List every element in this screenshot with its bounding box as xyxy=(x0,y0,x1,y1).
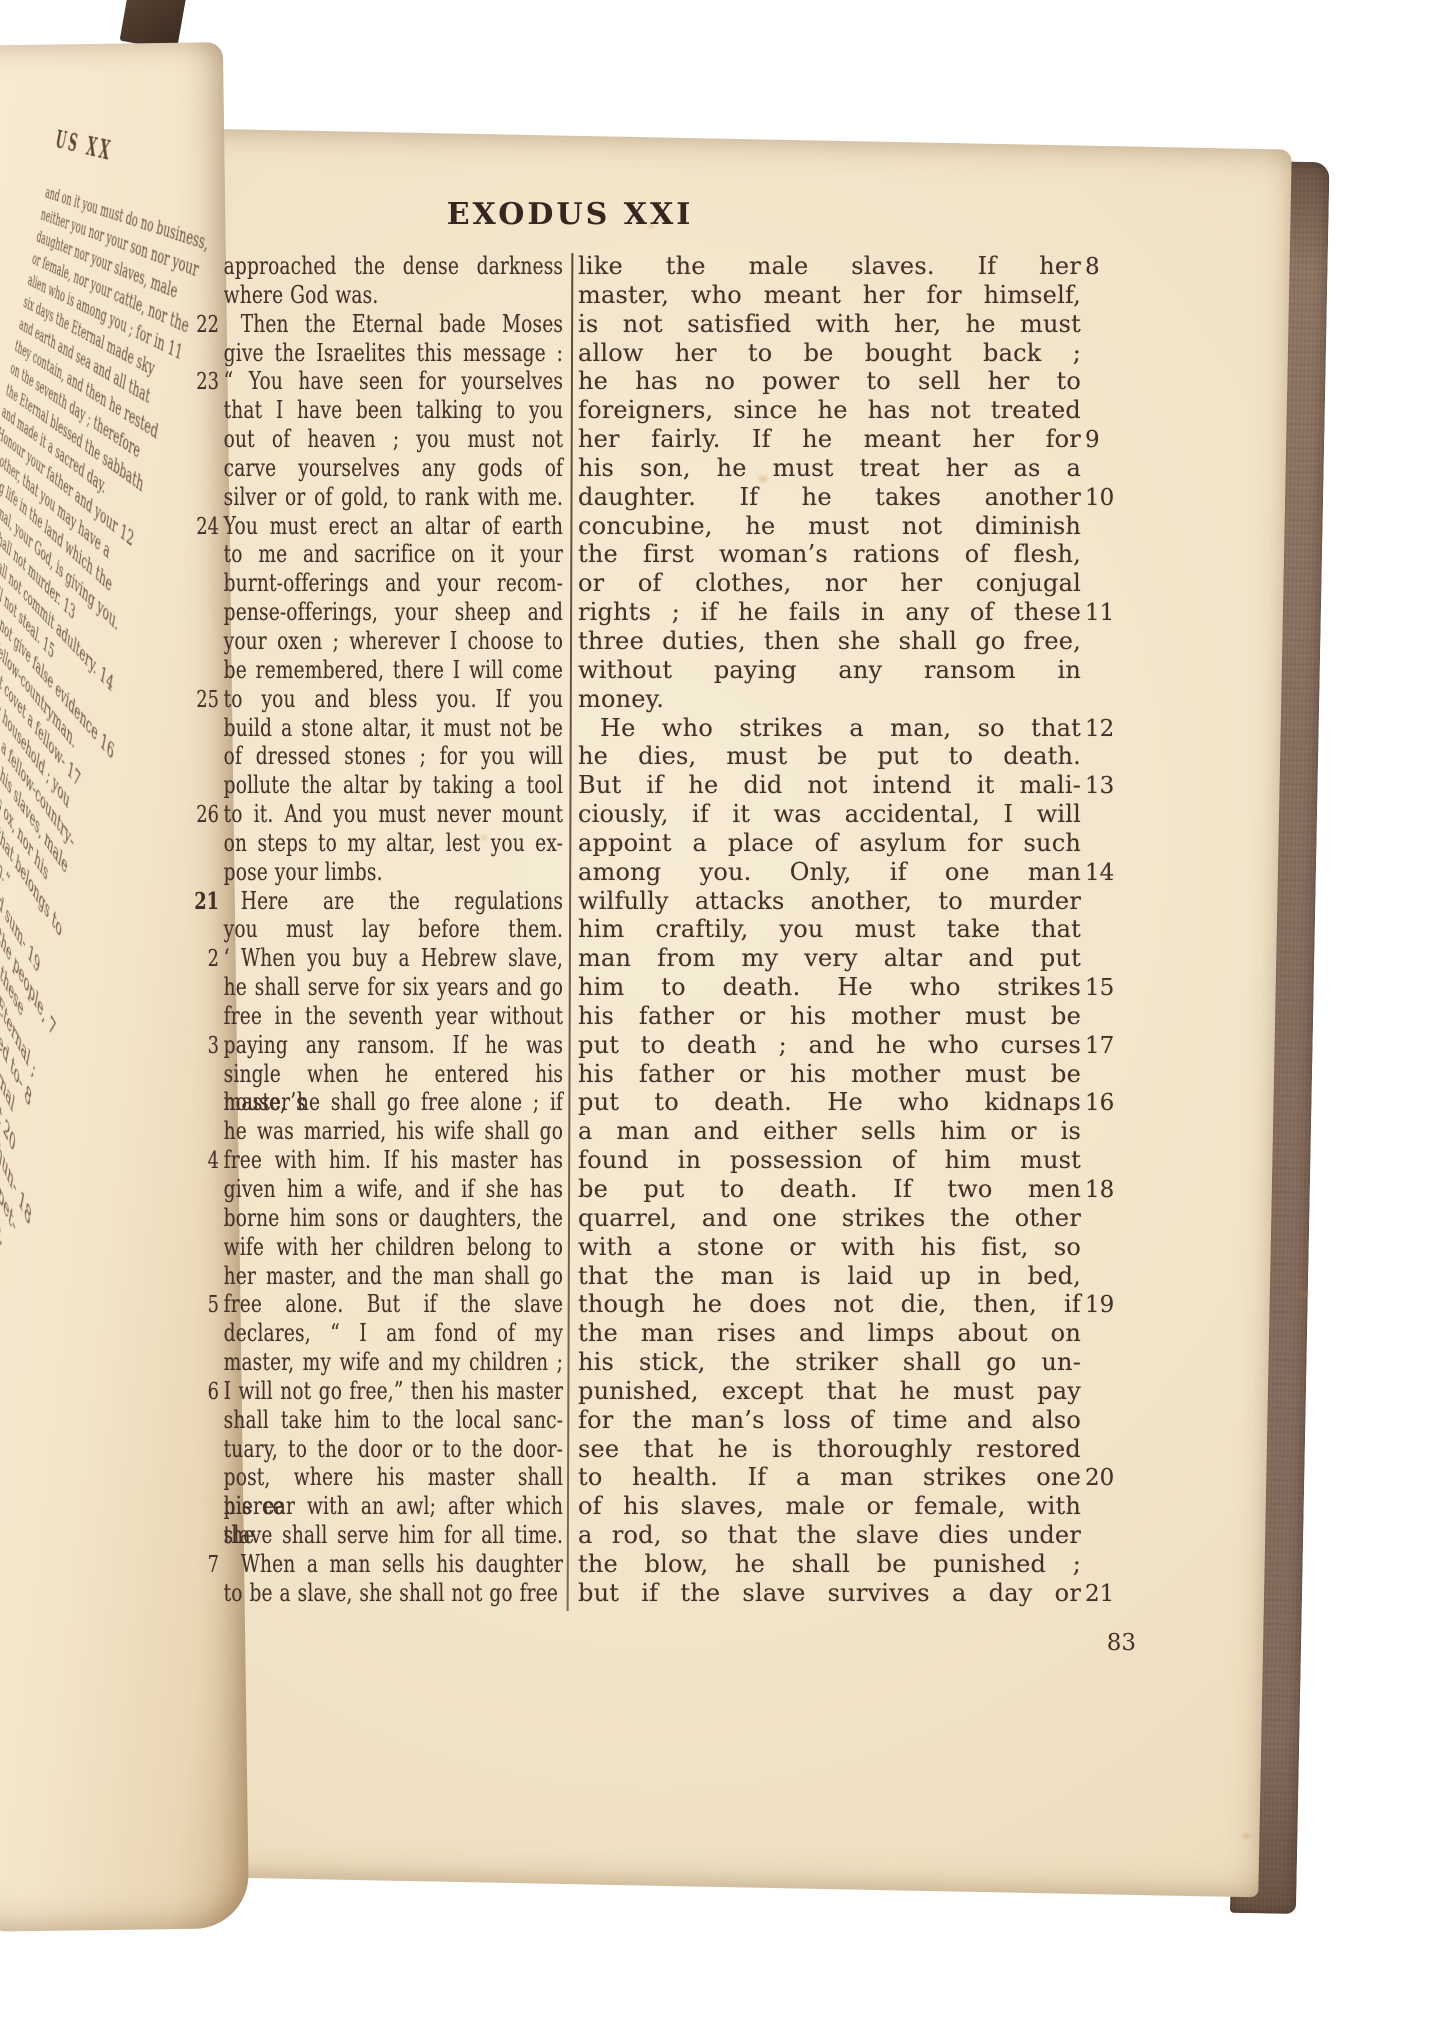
verse-number: 10 xyxy=(1085,484,1131,513)
text-line: 25 to you and bless you. If you xyxy=(188,685,563,714)
text-line: on steps to my altar, lest you ex- xyxy=(188,829,563,858)
line-text: his father or his mother must be xyxy=(578,1060,1081,1089)
line-text: that I have been talking to you xyxy=(224,396,563,425)
text-line: that the man is laid up in bed, xyxy=(578,1262,1131,1291)
line-text: be put to death. If two men xyxy=(578,1175,1081,1204)
verse-number: 3 xyxy=(188,1032,219,1061)
line-text: house, he shall go free alone ; if xyxy=(224,1088,563,1117)
line-text: free alone. But if the slave xyxy=(224,1290,563,1319)
line-text: put to death. He who kidnaps xyxy=(578,1088,1081,1117)
text-line: for the man’s loss of time and also xyxy=(578,1406,1131,1435)
verse-number: 17 xyxy=(1085,1032,1131,1061)
line-text: silver or of gold, to rank with me. xyxy=(224,483,563,512)
text-line: pose your limbs. xyxy=(188,858,563,887)
right-page-content: EXODUS XXI approached the dense darkness… xyxy=(0,0,1445,2023)
verse-number: 7 xyxy=(188,1551,219,1580)
text-line: ciously, if it was accidental, I will xyxy=(578,800,1131,829)
text-line: foreigners, since he has not treated xyxy=(578,396,1131,425)
verse-number: 21 xyxy=(1085,1580,1131,1609)
line-text: of his slaves, male or female, with xyxy=(578,1492,1081,1521)
line-text: foreigners, since he has not treated xyxy=(578,396,1081,425)
line-text: found in possession of him must xyxy=(578,1146,1081,1175)
line-text: tuary, to the door or to the door- xyxy=(224,1435,563,1464)
line-text: he has no power to sell her to xyxy=(578,367,1081,396)
text-line: 17 put to death ; and he who curses xyxy=(578,1031,1131,1060)
text-line: punished, except that he must pay xyxy=(578,1377,1131,1406)
text-line: to be a slave, she shall not go free xyxy=(188,1579,563,1608)
text-line: given him a wife, and if she has xyxy=(188,1175,563,1204)
line-text: him to death. He who strikes xyxy=(578,973,1081,1002)
line-text: wife with her children belong to xyxy=(224,1233,563,1262)
text-line: tuary, to the door or to the door- xyxy=(188,1435,563,1464)
line-text: ciously, if it was accidental, I will xyxy=(578,800,1081,829)
line-text: quarrel, and one strikes the other xyxy=(578,1204,1081,1233)
line-text: her fairly. If he meant her for xyxy=(578,425,1081,454)
line-text: the first woman’s rations of flesh, xyxy=(578,540,1081,569)
verse-number: 16 xyxy=(1085,1089,1131,1118)
line-text: without paying any ransom in xyxy=(578,656,1081,685)
line-text: carve yourselves any gods of xyxy=(224,454,563,483)
photo-background: US XX and on it you must do no business,… xyxy=(0,0,1445,2023)
line-text: appoint a place of asylum for such xyxy=(578,829,1081,858)
text-line: house, he shall go free alone ; if xyxy=(188,1088,563,1117)
line-text: wilfully attacks another, to murder xyxy=(578,887,1081,916)
line-text: slave shall serve him for all time. xyxy=(224,1521,563,1550)
text-line: 8 like the male slaves. If her xyxy=(578,252,1131,281)
text-line: pense-offerings, your sheep and xyxy=(188,598,563,627)
text-line: he was married, his wife shall go xyxy=(188,1117,563,1146)
text-line: out of heaven ; you must not xyxy=(188,425,563,454)
line-text: him craftily, you must take that xyxy=(578,915,1081,944)
text-line: 23 “ You have seen for yourselves xyxy=(188,367,563,396)
verse-number: 11 xyxy=(1085,599,1131,628)
text-line: shall take him to the local sanc- xyxy=(188,1406,563,1435)
line-text: master, my wife and my children ; xyxy=(224,1348,563,1377)
line-text: on steps to my altar, lest you ex- xyxy=(224,829,563,858)
line-text: to you and bless you. If you xyxy=(224,685,563,714)
text-line: 7 When a man sells his daughter xyxy=(188,1550,563,1579)
text-line: he has no power to sell her to xyxy=(578,367,1131,396)
verse-number: 6 xyxy=(188,1378,219,1407)
text-line: 16 put to death. He who kidnaps xyxy=(578,1088,1131,1117)
text-line: the blow, he shall be punished ; xyxy=(578,1550,1131,1579)
text-line: his stick, the striker shall go un- xyxy=(578,1348,1131,1377)
text-line: of his slaves, male or female, with xyxy=(578,1492,1131,1521)
line-text: allow her to be bought back ; xyxy=(578,339,1081,368)
text-line: wilfully attacks another, to murder xyxy=(578,887,1131,916)
text-line: 10 daughter. If he takes another xyxy=(578,483,1131,512)
text-line: with a stone or with his fist, so xyxy=(578,1233,1131,1262)
line-text: You must erect an altar of earth xyxy=(224,512,563,541)
text-line: a man and either sells him or is xyxy=(578,1117,1131,1146)
verse-number: 20 xyxy=(1085,1464,1131,1493)
text-line: single when he entered his master’s xyxy=(188,1060,563,1089)
text-line: appoint a place of asylum for such xyxy=(578,829,1131,858)
text-line: silver or of gold, to rank with me. xyxy=(188,483,563,512)
line-text: Here are the regulations xyxy=(224,887,563,916)
line-text: or of clothes, nor her conjugal xyxy=(578,569,1081,598)
text-line: the first woman’s rations of flesh, xyxy=(578,540,1131,569)
text-line: or of clothes, nor her conjugal xyxy=(578,569,1131,598)
verse-number: 26 xyxy=(188,801,219,830)
line-text: her master, and the man shall go xyxy=(224,1262,563,1291)
text-line: 18 be put to death. If two men xyxy=(578,1175,1131,1204)
text-line: be remembered, there I will come xyxy=(188,656,563,685)
text-line: found in possession of him must xyxy=(578,1146,1131,1175)
line-text: ‘ When you buy a Hebrew slave, xyxy=(224,944,563,973)
verse-number: 2 xyxy=(188,945,219,974)
line-text: He who strikes a man, so that xyxy=(578,714,1081,743)
line-text: the man rises and limps about on xyxy=(578,1319,1081,1348)
text-line: 20 to health. If a man strikes one xyxy=(578,1463,1131,1492)
line-text: master, who meant her for himself, xyxy=(578,281,1081,310)
text-line: 3 paying any ransom. If he was xyxy=(188,1031,563,1060)
line-text: he shall serve for six years and go xyxy=(224,973,563,1002)
line-text: to be a slave, she shall not go free xyxy=(224,1579,563,1608)
column-divider xyxy=(567,253,574,1611)
line-text: to it. And you must never mount xyxy=(224,800,563,829)
text-line: her master, and the man shall go xyxy=(188,1262,563,1291)
line-text: rights ; if he fails in any of these xyxy=(578,598,1081,627)
line-text: build a stone altar, it must not be xyxy=(224,714,563,743)
text-line: give the Israelites this message : xyxy=(188,339,563,368)
text-line: master, who meant her for himself, xyxy=(578,281,1131,310)
text-line: 2 ‘ When you buy a Hebrew slave, xyxy=(188,944,563,973)
verse-number: 9 xyxy=(1085,426,1131,455)
line-text: see that he is thoroughly restored xyxy=(578,1435,1081,1464)
verse-number: 22 xyxy=(188,311,219,340)
line-text: pense-offerings, your sheep and xyxy=(224,598,563,627)
verse-number: 14 xyxy=(1085,859,1131,888)
line-text: his father or his mother must be xyxy=(578,1002,1081,1031)
line-text: free with him. If his master has xyxy=(224,1146,563,1175)
text-line: a rod, so that the slave dies under xyxy=(578,1521,1131,1550)
line-text: punished, except that he must pay xyxy=(578,1377,1081,1406)
line-text: be remembered, there I will come xyxy=(224,656,563,685)
text-line: wife with her children belong to xyxy=(188,1233,563,1262)
line-text: I will not go free,” then his master xyxy=(224,1377,563,1406)
right-column: 8 like the male slaves. If her master, w… xyxy=(578,252,1131,1608)
line-text: but if the slave survives a day or xyxy=(578,1579,1081,1608)
line-text: pollute the altar by taking a tool xyxy=(224,771,563,800)
text-line: 5 free alone. But if the slave xyxy=(188,1290,563,1319)
text-line: your oxen ; wherever I choose to xyxy=(188,627,563,656)
text-line: 13 But if he did not intend it mali- xyxy=(578,771,1131,800)
line-text: borne him sons or daughters, the xyxy=(224,1204,563,1233)
verse-number: 21 xyxy=(188,888,219,917)
line-text: put to death ; and he who curses xyxy=(578,1031,1081,1060)
text-line: see that he is thoroughly restored xyxy=(578,1435,1131,1464)
line-text: your oxen ; wherever I choose to xyxy=(224,627,563,656)
verse-number: 18 xyxy=(1085,1176,1131,1205)
text-line: 19 though he does not die, then, if xyxy=(578,1290,1131,1319)
verse-number: 23 xyxy=(188,368,219,397)
line-text: Then the Eternal bade Moses xyxy=(224,310,563,339)
text-line: of dressed stones ; for you will xyxy=(188,742,563,771)
line-text: to health. If a man strikes one xyxy=(578,1463,1081,1492)
line-text: he was married, his wife shall go xyxy=(224,1117,563,1146)
text-line: 21 but if the slave survives a day or xyxy=(578,1579,1131,1608)
line-text: man from my very altar and put xyxy=(578,944,1081,973)
text-line: three duties, then she shall go free, xyxy=(578,627,1131,656)
text-line: 11 rights ; if he fails in any of these xyxy=(578,598,1131,627)
page-number: 83 xyxy=(1080,1630,1136,1656)
line-text: give the Israelites this message : xyxy=(224,339,563,368)
line-text: But if he did not intend it mali- xyxy=(578,771,1081,800)
verse-number: 12 xyxy=(1085,715,1131,744)
line-text: though he does not die, then, if xyxy=(578,1290,1081,1319)
text-line: 9 her fairly. If he meant her for xyxy=(578,425,1131,454)
line-text: is not satisfied with her, he must xyxy=(578,310,1081,339)
text-line: his father or his mother must be xyxy=(578,1002,1131,1031)
line-text: pose your limbs. xyxy=(224,858,563,887)
text-line: that I have been talking to you xyxy=(188,396,563,425)
text-line: borne him sons or daughters, the xyxy=(188,1204,563,1233)
line-text: where God was. xyxy=(224,281,563,310)
verse-number: 5 xyxy=(188,1291,219,1320)
line-text: paying any ransom. If he was xyxy=(224,1031,563,1060)
text-line: without paying any ransom in xyxy=(578,656,1131,685)
chapter-header: EXODUS XXI xyxy=(330,197,810,232)
line-text: for the man’s loss of time and also xyxy=(578,1406,1081,1435)
line-text: burnt-offerings and your recom- xyxy=(224,569,563,598)
line-text: When a man sells his daughter xyxy=(224,1550,563,1579)
line-text: declares, “ I am fond of my xyxy=(224,1319,563,1348)
line-text: of dressed stones ; for you will xyxy=(224,742,563,771)
text-line: 15 him to death. He who strikes xyxy=(578,973,1131,1002)
text-line: master, my wife and my children ; xyxy=(188,1348,563,1377)
line-text: to me and sacrifice on it your xyxy=(224,540,563,569)
text-line: him craftily, you must take that xyxy=(578,915,1131,944)
verse-number: 25 xyxy=(188,686,219,715)
line-text: shall take him to the local sanc- xyxy=(224,1406,563,1435)
text-line: 24 You must erect an altar of earth xyxy=(188,512,563,541)
text-line: he dies, must be put to death. xyxy=(578,742,1131,771)
line-text: daughter. If he takes another xyxy=(578,483,1081,512)
text-line: he shall serve for six years and go xyxy=(188,973,563,1002)
text-line: you must lay before them. xyxy=(188,915,563,944)
verse-number: 13 xyxy=(1085,772,1131,801)
text-line: 6 I will not go free,” then his master xyxy=(188,1377,563,1406)
text-line: 12 He who strikes a man, so that xyxy=(578,714,1131,743)
verse-number: 15 xyxy=(1085,974,1131,1003)
text-line: quarrel, and one strikes the other xyxy=(578,1204,1131,1233)
text-line: declares, “ I am fond of my xyxy=(188,1319,563,1348)
line-text: money. xyxy=(578,685,1081,714)
line-text: his son, he must treat her as a xyxy=(578,454,1081,483)
text-line: his ear with an awl; after which the xyxy=(188,1492,563,1521)
line-text: you must lay before them. xyxy=(224,915,563,944)
line-text: he dies, must be put to death. xyxy=(578,742,1081,771)
line-text: like the male slaves. If her xyxy=(578,252,1081,281)
text-line: to me and sacrifice on it your xyxy=(188,540,563,569)
verse-number: 8 xyxy=(1085,253,1131,282)
verse-number: 19 xyxy=(1085,1291,1131,1320)
text-line: concubine, he must not diminish xyxy=(578,512,1131,541)
line-text: among you. Only, if one man xyxy=(578,858,1081,887)
line-text: given him a wife, and if she has xyxy=(224,1175,563,1204)
text-line: his son, he must treat her as a xyxy=(578,454,1131,483)
verse-number: 4 xyxy=(188,1147,219,1176)
text-line: carve yourselves any gods of xyxy=(188,454,563,483)
text-line: slave shall serve him for all time. xyxy=(188,1521,563,1550)
left-column: approached the dense darkness where God … xyxy=(188,252,563,1608)
line-text: free in the seventh year without xyxy=(224,1002,563,1031)
line-text: concubine, he must not diminish xyxy=(578,512,1081,541)
text-line: where God was. xyxy=(188,281,563,310)
text-line: post, where his master shall pierce xyxy=(188,1463,563,1492)
text-line: burnt-offerings and your recom- xyxy=(188,569,563,598)
text-line: money. xyxy=(578,685,1131,714)
line-text: a rod, so that the slave dies under xyxy=(578,1521,1081,1550)
line-text: his stick, the striker shall go un- xyxy=(578,1348,1081,1377)
text-line: the man rises and limps about on xyxy=(578,1319,1131,1348)
line-text: with a stone or with his fist, so xyxy=(578,1233,1081,1262)
line-text: “ You have seen for yourselves xyxy=(224,367,563,396)
text-line: 14 among you. Only, if one man xyxy=(578,858,1131,887)
text-line: is not satisfied with her, he must xyxy=(578,310,1131,339)
line-text: out of heaven ; you must not xyxy=(224,425,563,454)
line-text: the blow, he shall be punished ; xyxy=(578,1550,1081,1579)
line-text: that the man is laid up in bed, xyxy=(578,1262,1081,1291)
line-text: three duties, then she shall go free, xyxy=(578,627,1081,656)
text-line: allow her to be bought back ; xyxy=(578,339,1131,368)
text-line: free in the seventh year without xyxy=(188,1002,563,1031)
line-text: approached the dense darkness xyxy=(224,252,563,281)
text-line: approached the dense darkness xyxy=(188,252,563,281)
verse-number: 24 xyxy=(188,513,219,542)
text-line: pollute the altar by taking a tool xyxy=(188,771,563,800)
text-line: 4 free with him. If his master has xyxy=(188,1146,563,1175)
text-line: build a stone altar, it must not be xyxy=(188,714,563,743)
text-line: man from my very altar and put xyxy=(578,944,1131,973)
text-line: his father or his mother must be xyxy=(578,1060,1131,1089)
text-line: 21 Here are the regulations xyxy=(188,887,563,916)
line-text: a man and either sells him or is xyxy=(578,1117,1081,1146)
text-line: 26 to it. And you must never mount xyxy=(188,800,563,829)
text-line: 22 Then the Eternal bade Moses xyxy=(188,310,563,339)
